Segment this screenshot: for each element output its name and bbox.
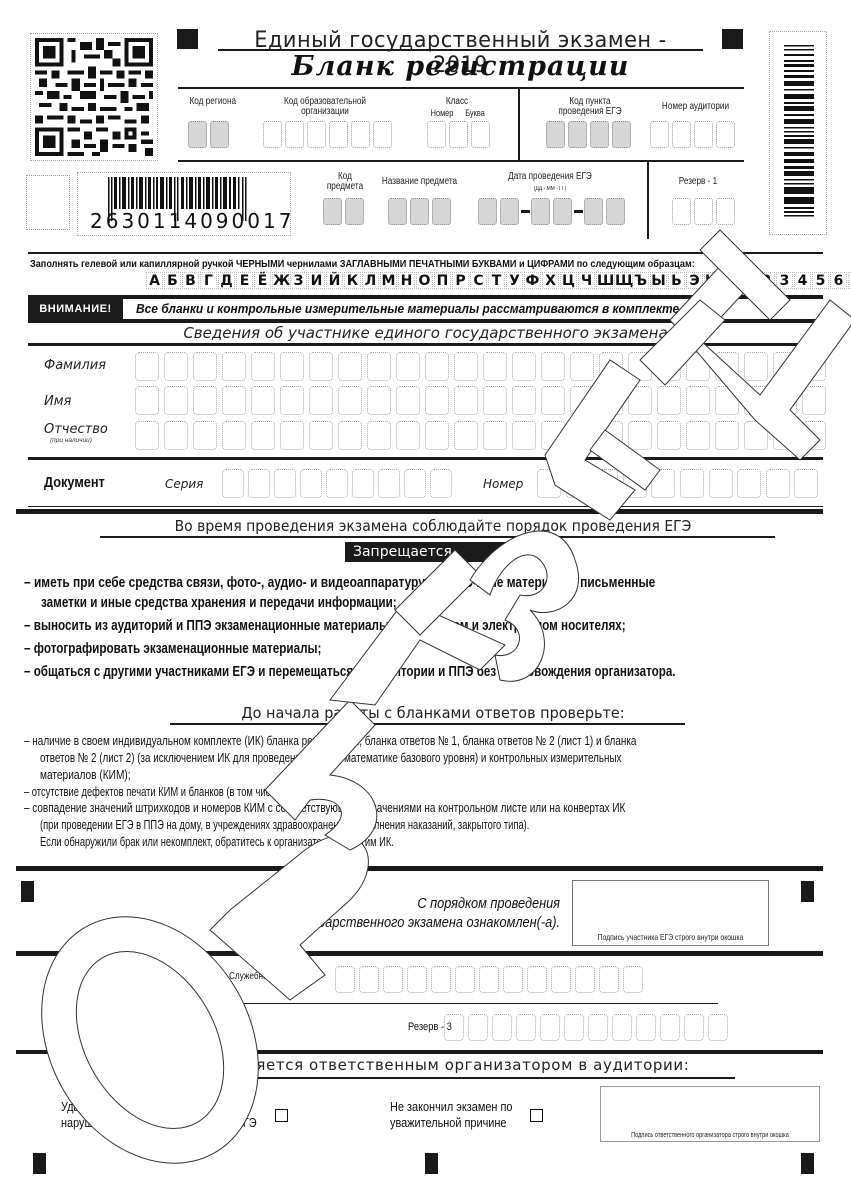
service-mark-cell[interactable] — [575, 966, 595, 993]
patronymic-cell[interactable] — [222, 421, 246, 450]
rule-item-1-cont: заметки и иные средства хранения и перед… — [41, 594, 397, 611]
sample-char: Г — [200, 272, 217, 289]
reserve-3-cell[interactable] — [588, 1014, 608, 1041]
fill-rule-text: Заполнять гелевой или капиллярной ручкой… — [30, 258, 695, 270]
acknowledge-line-1: С порядком проведения — [305, 895, 560, 912]
reserve-2-cell[interactable] — [184, 1014, 204, 1041]
document-label: Документ — [44, 474, 105, 491]
qr-code-frame — [30, 33, 158, 161]
class-number-box-1[interactable] — [427, 121, 446, 148]
rules-top-line — [16, 509, 823, 514]
sample-char: Ж — [272, 272, 289, 289]
sample-char: У — [506, 272, 523, 289]
header-divider-v1 — [518, 87, 520, 161]
surname-cell[interactable] — [222, 352, 246, 381]
surname-cell[interactable] — [135, 352, 159, 381]
class-letter-box[interactable] — [471, 121, 490, 148]
region-code-label: Код региона — [190, 97, 231, 107]
surname-input-row[interactable] — [135, 352, 826, 381]
sample-char: Ф — [524, 272, 541, 289]
alignment-marker-bottom-left — [33, 1153, 46, 1174]
acknowledge-line-2: единого государственного экзамена ознако… — [220, 914, 560, 931]
org-code-box-4[interactable] — [329, 121, 348, 148]
rules-heading-underline — [100, 536, 775, 538]
organizer-heading: Заполняется ответственным организатором … — [150, 1056, 735, 1074]
surname-cell[interactable] — [425, 352, 449, 381]
participant-signature-caption: Подпись участника ЕГЭ строго внутри окош… — [593, 932, 749, 942]
patronymic-cell[interactable] — [454, 421, 478, 450]
surname-cell[interactable] — [599, 352, 623, 381]
sample-char: Ь — [668, 272, 685, 289]
surname-cell[interactable] — [628, 352, 652, 381]
name-cell[interactable] — [280, 386, 304, 415]
rule-item-1: – иметь при себе средства связи, фото-, … — [24, 574, 655, 591]
name-cell[interactable] — [715, 386, 739, 415]
patronymic-cell[interactable] — [309, 421, 333, 450]
exam-date-year-2[interactable] — [606, 198, 625, 225]
alignment-marker-mid-right — [801, 881, 814, 902]
org-code-box-2[interactable] — [285, 121, 304, 148]
reserve-2-cell[interactable] — [136, 1014, 156, 1041]
number-cell[interactable] — [566, 469, 590, 498]
patronymic-cell[interactable] — [425, 421, 449, 450]
check-line-3: материалов (КИМ); — [40, 767, 131, 782]
rule-item-4: – общаться с другими участниками ЕГЭ и п… — [24, 663, 676, 680]
name-cell[interactable] — [657, 386, 681, 415]
sample-char: Ё — [254, 272, 271, 289]
sample-char: Л — [362, 272, 379, 289]
alignment-marker-top-right — [722, 29, 743, 49]
participant-signature-box[interactable]: Подпись участника ЕГЭ строго внутри окош… — [572, 880, 769, 946]
series-cell[interactable] — [222, 469, 244, 498]
patronymic-input-row[interactable] — [135, 421, 826, 450]
patronymic-cell[interactable] — [599, 421, 623, 450]
subject-code-box-2[interactable] — [345, 198, 364, 225]
reserve-2-label: Резерв - 2 — [72, 1021, 116, 1033]
barcode-frame: 2630114090017 — [77, 172, 291, 236]
document-top-line — [28, 457, 823, 460]
check-line-2: ответов № 2 (лист 2) (за исключением ИК … — [40, 750, 621, 765]
sample-char: Ц — [560, 272, 577, 289]
sample-char: 1 — [740, 272, 757, 289]
organizer-heading-underline — [150, 1077, 735, 1079]
number-cell[interactable] — [680, 469, 704, 498]
sample-char: 2 — [758, 272, 775, 289]
service-mark-cell[interactable] — [359, 966, 379, 993]
patronymic-cell[interactable] — [251, 421, 275, 450]
reserve-2-cell[interactable] — [208, 1014, 228, 1041]
surname-label: Фамилия — [44, 358, 106, 373]
service-mark-cell[interactable] — [383, 966, 403, 993]
patronymic-cell[interactable] — [686, 421, 710, 450]
surname-cell[interactable] — [657, 352, 681, 381]
alignment-marker-mid-left — [21, 881, 34, 902]
header-divider-v2 — [647, 161, 649, 239]
name-cell[interactable] — [425, 386, 449, 415]
sample-char: А — [146, 272, 163, 289]
reserve-1-box-1[interactable] — [672, 198, 691, 225]
name-cell[interactable] — [802, 386, 826, 415]
surname-cell[interactable] — [512, 352, 536, 381]
ppe-code-label: Код пункта проведения ЕГЭ — [553, 97, 627, 117]
subject-name-box-1[interactable] — [388, 198, 407, 225]
sample-char: Б — [164, 272, 181, 289]
number-cell[interactable] — [623, 469, 647, 498]
sample-char: 4 — [794, 272, 811, 289]
name-cell[interactable] — [512, 386, 536, 415]
subject-code-label: Код предмета — [325, 172, 366, 192]
sample-char: Х — [542, 272, 559, 289]
check-line-1: – наличие в своем индивидуальном комплек… — [24, 733, 636, 748]
patronymic-cell[interactable] — [773, 421, 797, 450]
sample-char: 6 — [830, 272, 847, 289]
patronymic-cell[interactable] — [164, 421, 188, 450]
sample-char: Ш — [596, 272, 613, 289]
ppe-code-box-3[interactable] — [590, 121, 609, 148]
participant-section-title: Сведения об участнике единого государств… — [28, 324, 823, 342]
service-mark-cell[interactable] — [623, 966, 643, 993]
series-cell[interactable] — [300, 469, 322, 498]
sample-char: К — [344, 272, 361, 289]
service-divider — [85, 1003, 718, 1004]
sample-char: О — [416, 272, 433, 289]
check-heading: До начала работы с бланками ответов пров… — [75, 704, 791, 722]
surname-cell[interactable] — [802, 352, 826, 381]
series-label: Серия — [165, 477, 203, 491]
surname-cell[interactable] — [773, 352, 797, 381]
rule-item-3: – фотографировать экзаменационные матери… — [24, 640, 321, 657]
sample-char: Ы — [650, 272, 667, 289]
sample-char: С — [470, 272, 487, 289]
sample-char: Т — [488, 272, 505, 289]
check-heading-underline — [170, 723, 685, 725]
class-number-label: Номер — [427, 108, 457, 118]
alignment-marker-bottom-center — [425, 1153, 438, 1174]
unfinished-label-line-1: Не закончил экзамен по — [390, 1099, 512, 1114]
patronymic-cell[interactable] — [512, 421, 536, 450]
number-cell[interactable] — [709, 469, 733, 498]
org-code-box-5[interactable] — [351, 121, 370, 148]
sample-char: Щ — [614, 272, 631, 289]
patronymic-cell[interactable] — [744, 421, 768, 450]
class-label: Класс — [437, 97, 478, 107]
check-line-6: (при проведении ЕГЭ в ППЭ на дому, в учр… — [40, 817, 529, 832]
room-number-box-2[interactable] — [672, 121, 691, 148]
name-input-row[interactable] — [135, 386, 826, 415]
number-cell[interactable] — [537, 469, 561, 498]
surname-cell[interactable] — [367, 352, 391, 381]
vertical-barcode-frame — [769, 31, 827, 235]
name-cell[interactable] — [686, 386, 710, 415]
name-cell[interactable] — [744, 386, 768, 415]
subject-name-box-3[interactable] — [432, 198, 451, 225]
number-cell[interactable] — [594, 469, 618, 498]
service-mark-cell[interactable] — [455, 966, 475, 993]
organizer-signature-box[interactable]: Подпись ответственного организатора стро… — [600, 1086, 820, 1142]
service-mark-label: Служебная отметка — [229, 971, 305, 982]
subject-name-label: Название предмета — [381, 177, 459, 187]
number-cell[interactable] — [737, 469, 761, 498]
name-cell[interactable] — [541, 386, 565, 415]
reserve-3-input-row[interactable] — [444, 1014, 728, 1041]
name-cell[interactable] — [251, 386, 275, 415]
surname-cell[interactable] — [541, 352, 565, 381]
name-cell[interactable] — [309, 386, 333, 415]
series-cell[interactable] — [430, 469, 452, 498]
surname-cell[interactable] — [454, 352, 478, 381]
alignment-marker-bottom-right — [801, 1153, 814, 1174]
removed-label-line-1: Удален с экзамена в связи с — [61, 1099, 205, 1114]
organizer-top-line — [16, 1050, 823, 1054]
exam-date-month-1[interactable] — [531, 198, 550, 225]
name-cell[interactable] — [628, 386, 652, 415]
surname-cell[interactable] — [715, 352, 739, 381]
exam-date-month-2[interactable] — [553, 198, 572, 225]
series-cell[interactable] — [274, 469, 296, 498]
removed-checkbox[interactable] — [275, 1109, 288, 1122]
sample-char: Р — [452, 272, 469, 289]
exam-date-hint: (ДД - ММ - ГГ) — [521, 184, 578, 194]
service-mark-cell[interactable] — [479, 966, 499, 993]
org-code-box-1[interactable] — [263, 121, 282, 148]
patronymic-cell[interactable] — [657, 421, 681, 450]
patronymic-cell[interactable] — [193, 421, 217, 450]
ppe-code-box-1[interactable] — [546, 121, 565, 148]
sample-char: Е — [236, 272, 253, 289]
unfinished-checkbox[interactable] — [530, 1109, 543, 1122]
participant-title-line — [28, 343, 823, 346]
exam-date-label: Дата проведения ЕГЭ — [501, 172, 599, 182]
name-cell[interactable] — [135, 386, 159, 415]
series-cell[interactable] — [404, 469, 426, 498]
reserve-3-cell[interactable] — [516, 1014, 536, 1041]
patronymic-cell[interactable] — [628, 421, 652, 450]
region-code-box-2[interactable] — [210, 121, 229, 148]
reserve-3-cell[interactable] — [540, 1014, 560, 1041]
patronymic-cell[interactable] — [802, 421, 826, 450]
rule-item-2: – выносить из аудиторий и ППЭ экзаменаци… — [24, 617, 626, 634]
room-number-label: Номер аудитории — [657, 102, 735, 112]
series-cell[interactable] — [352, 469, 374, 498]
date-dash-1 — [521, 210, 530, 213]
room-number-box-1[interactable] — [650, 121, 669, 148]
qr-code-icon — [35, 38, 153, 156]
name-cell[interactable] — [773, 386, 797, 415]
class-letter-label: Буква — [463, 108, 488, 118]
number-cell[interactable] — [766, 469, 790, 498]
organizer-signature-caption: Подпись ответственного организатора стро… — [623, 1132, 797, 1139]
header-line-1 — [178, 87, 744, 89]
patronymic-hint: (при наличии) — [50, 437, 92, 444]
sample-char: Д — [218, 272, 235, 289]
attention-top-line — [28, 295, 823, 299]
name-cell[interactable] — [367, 386, 391, 415]
sample-char: 3 — [776, 272, 793, 289]
reserve-3-cell[interactable] — [468, 1014, 488, 1041]
sample-char: Э — [686, 272, 703, 289]
forbidden-badge: Запрещается — [345, 542, 505, 562]
reserve-3-cell[interactable] — [492, 1014, 512, 1041]
surname-cell[interactable] — [164, 352, 188, 381]
patronymic-cell[interactable] — [338, 421, 362, 450]
barcode-number: 2630114090017 — [90, 209, 280, 233]
reserve-3-cell[interactable] — [660, 1014, 680, 1041]
surname-cell[interactable] — [338, 352, 362, 381]
reserve-2-input-row[interactable] — [112, 1014, 252, 1041]
number-label: Номер — [483, 477, 523, 491]
service-mark-cell[interactable] — [503, 966, 523, 993]
surname-cell[interactable] — [280, 352, 304, 381]
name-cell[interactable] — [396, 386, 420, 415]
reserve-1-box-3[interactable] — [716, 198, 735, 225]
reserve-1-label: Резерв - 1 — [673, 177, 722, 187]
document-bottom-line — [28, 506, 823, 507]
org-code-box-3[interactable] — [307, 121, 326, 148]
unfinished-label-line-2: уважительной причине — [390, 1115, 506, 1130]
reserve-3-cell[interactable] — [636, 1014, 656, 1041]
org-code-label: Код образовательной организации — [280, 97, 370, 117]
patronymic-cell[interactable] — [280, 421, 304, 450]
surname-cell[interactable] — [309, 352, 333, 381]
name-cell[interactable] — [164, 386, 188, 415]
patronymic-label: Отчество — [44, 422, 108, 437]
service-top-line — [16, 951, 823, 956]
check-line-5: – совпадение значений штрихкодов и номер… — [24, 800, 625, 815]
name-cell[interactable] — [599, 386, 623, 415]
reserve-3-cell[interactable] — [684, 1014, 704, 1041]
series-cell[interactable] — [326, 469, 348, 498]
form-subtitle: Бланк регистрации — [218, 51, 703, 82]
name-label: Имя — [44, 394, 71, 409]
service-mark-cell[interactable] — [527, 966, 547, 993]
sample-char: Й — [326, 272, 343, 289]
service-mark-cell[interactable] — [431, 966, 451, 993]
sample-char: Ч — [578, 272, 595, 289]
sample-characters: А Б В Г Д Е Ё Ж З И Й К Л М Н О П Р С Т … — [146, 272, 851, 289]
sample-char: Ю — [704, 272, 721, 289]
reserve-3-cell[interactable] — [444, 1014, 464, 1041]
name-cell[interactable] — [222, 386, 246, 415]
ppe-code-box-2[interactable] — [568, 121, 587, 148]
sample-char: 5 — [812, 272, 829, 289]
reserve-3-cell[interactable] — [564, 1014, 584, 1041]
surname-cell[interactable] — [744, 352, 768, 381]
patronymic-cell[interactable] — [396, 421, 420, 450]
attention-text: Все бланки и контрольные измерительные м… — [136, 301, 679, 316]
name-cell[interactable] — [454, 386, 478, 415]
sample-char: Я — [722, 272, 739, 289]
vertical-barcode-icon — [784, 45, 814, 217]
patronymic-cell[interactable] — [135, 421, 159, 450]
sample-char: П — [434, 272, 451, 289]
sample-char: В — [182, 272, 199, 289]
service-mark-cell[interactable] — [335, 966, 355, 993]
name-cell[interactable] — [570, 386, 594, 415]
subject-name-box-2[interactable] — [410, 198, 429, 225]
instructions-top-line — [28, 252, 823, 254]
number-input-row[interactable] — [537, 469, 818, 498]
service-mark-cell[interactable] — [599, 966, 619, 993]
exam-date-day-2[interactable] — [500, 198, 519, 225]
reserve-3-cell[interactable] — [708, 1014, 728, 1041]
exam-date-day-1[interactable] — [478, 198, 497, 225]
surname-cell[interactable] — [251, 352, 275, 381]
attention-bottom-line — [28, 319, 823, 323]
patronymic-cell[interactable] — [367, 421, 391, 450]
room-number-box-3[interactable] — [694, 121, 713, 148]
name-cell[interactable] — [338, 386, 362, 415]
check-line-4: – отсутствие дефектов печати КИМ и бланк… — [24, 784, 348, 799]
sample-char: З — [290, 272, 307, 289]
class-number-box-2[interactable] — [449, 121, 468, 148]
sample-char: Н — [398, 272, 415, 289]
series-cell[interactable] — [378, 469, 400, 498]
sample-char: И — [308, 272, 325, 289]
header-line-2 — [178, 160, 744, 162]
subject-code-box-1[interactable] — [323, 198, 342, 225]
name-cell[interactable] — [483, 386, 507, 415]
region-code-box-1[interactable] — [188, 121, 207, 148]
check-line-7: Если обнаружили брак или некомплект, обр… — [40, 834, 394, 849]
photo-placeholder-box — [26, 175, 70, 230]
surname-cell[interactable] — [193, 352, 217, 381]
surname-cell[interactable] — [483, 352, 507, 381]
attention-badge: ВНИМАНИЕ! — [28, 299, 123, 319]
removed-label-line-2: нарушением порядка проведения ЕГЭ — [61, 1115, 257, 1130]
patronymic-cell[interactable] — [570, 421, 594, 450]
alignment-marker-top-left — [177, 29, 198, 49]
reserve-1-box-2[interactable] — [694, 198, 713, 225]
ppe-code-box-4[interactable] — [612, 121, 631, 148]
service-mark-input-row[interactable] — [335, 966, 643, 993]
room-number-box-4[interactable] — [716, 121, 735, 148]
date-dash-2 — [574, 210, 583, 213]
series-input-row[interactable] — [222, 469, 452, 498]
service-mark-cell[interactable] — [407, 966, 427, 993]
org-code-box-6[interactable] — [373, 121, 392, 148]
reserve-2-cell[interactable] — [232, 1014, 252, 1041]
name-cell[interactable] — [193, 386, 217, 415]
reserve-2-cell[interactable] — [160, 1014, 180, 1041]
patronymic-cell[interactable] — [483, 421, 507, 450]
series-cell[interactable] — [248, 469, 270, 498]
number-cell[interactable] — [794, 469, 818, 498]
reserve-2-cell[interactable] — [112, 1014, 132, 1041]
reserve-3-cell[interactable] — [612, 1014, 632, 1041]
surname-cell[interactable] — [570, 352, 594, 381]
acknowledge-top-line — [16, 866, 823, 871]
sample-char: Ъ — [632, 272, 649, 289]
surname-cell[interactable] — [686, 352, 710, 381]
service-mark-cell[interactable] — [551, 966, 571, 993]
number-cell[interactable] — [651, 469, 675, 498]
rules-heading: Во время проведения экзамена соблюдайте … — [86, 517, 780, 535]
sample-char: М — [380, 272, 397, 289]
surname-cell[interactable] — [396, 352, 420, 381]
exam-date-year-1[interactable] — [584, 198, 603, 225]
patronymic-cell[interactable] — [715, 421, 739, 450]
patronymic-cell[interactable] — [541, 421, 565, 450]
